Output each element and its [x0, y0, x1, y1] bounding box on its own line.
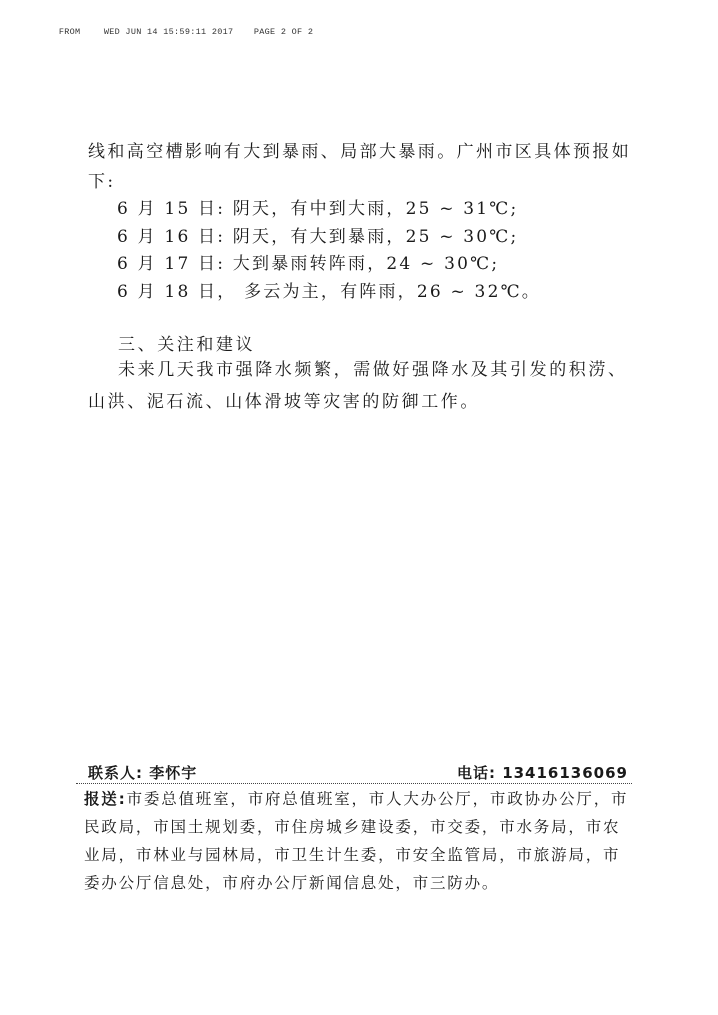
advice-paragraph: 未来几天我市强降水频繁，需做好强降水及其引发的积涝、山洪、泥石流、山体滑坡等灾害… [88, 354, 628, 418]
contact-person: 联系人: 李怀宇 [88, 762, 197, 783]
forecast-item: 6 月 17 日: 大到暴雨转阵雨，24 ~ 30℃; [117, 251, 541, 279]
forecast-date: 6 月 15 日: [117, 199, 225, 219]
forecast-date: 6 月 17 日: [117, 254, 225, 274]
divider-line [76, 783, 632, 784]
contact-phone-label: 电话: [457, 764, 496, 782]
forecast-text: 多云为主，有阵雨，26 ~ 32℃。 [244, 282, 541, 302]
forecast-item: 6 月 15 日: 阴天，有中到大雨，25 ~ 31℃; [117, 196, 541, 224]
forecast-item: 6 月 16 日: 阴天，有大到暴雨，25 ~ 30℃; [117, 224, 541, 252]
contact-phone-number: 13416136069 [502, 764, 628, 782]
continued-paragraph: 线和高空槽影响有大到暴雨、局部大暴雨。广州市区具体预报如下: [88, 137, 633, 197]
contact-phone: 电话: 13416136069 [457, 762, 628, 783]
fax-from: FROM [59, 27, 104, 37]
forecast-text: 阴天，有大到暴雨，25 ~ 30℃; [233, 227, 519, 247]
forecast-list: 6 月 15 日: 阴天，有中到大雨，25 ~ 31℃; 6 月 16 日: 阴… [117, 196, 541, 306]
forecast-text: 阴天，有中到大雨，25 ~ 31℃; [233, 199, 519, 219]
distribution-list: 报送:市委总值班室，市府总值班室，市人大办公厅，市政协办公厅，市民政局，市国土规… [84, 785, 636, 897]
forecast-text: 大到暴雨转阵雨，24 ~ 30℃; [233, 254, 499, 274]
forecast-date: 6 月 16 日: [117, 227, 225, 247]
contact-person-label: 联系人: [88, 764, 143, 782]
fax-datetime: WED JUN 14 15:59:11 2017 [104, 27, 254, 37]
forecast-date: 6 月 18 日， [117, 282, 236, 302]
section-heading: 三、关注和建议 [118, 330, 255, 355]
fax-header: FROMWED JUN 14 15:59:11 2017PAGE 2 OF 2 [48, 17, 313, 37]
contact-person-name: 李怀宇 [149, 764, 197, 782]
forecast-item: 6 月 18 日， 多云为主，有阵雨，26 ~ 32℃。 [117, 279, 541, 307]
distribution-recipients: 市委总值班室，市府总值班室，市人大办公厅，市政协办公厅，市民政局，市国土规划委，… [84, 790, 628, 892]
distribution-label: 报送: [84, 790, 127, 808]
fax-page-number: PAGE 2 OF 2 [254, 27, 313, 37]
